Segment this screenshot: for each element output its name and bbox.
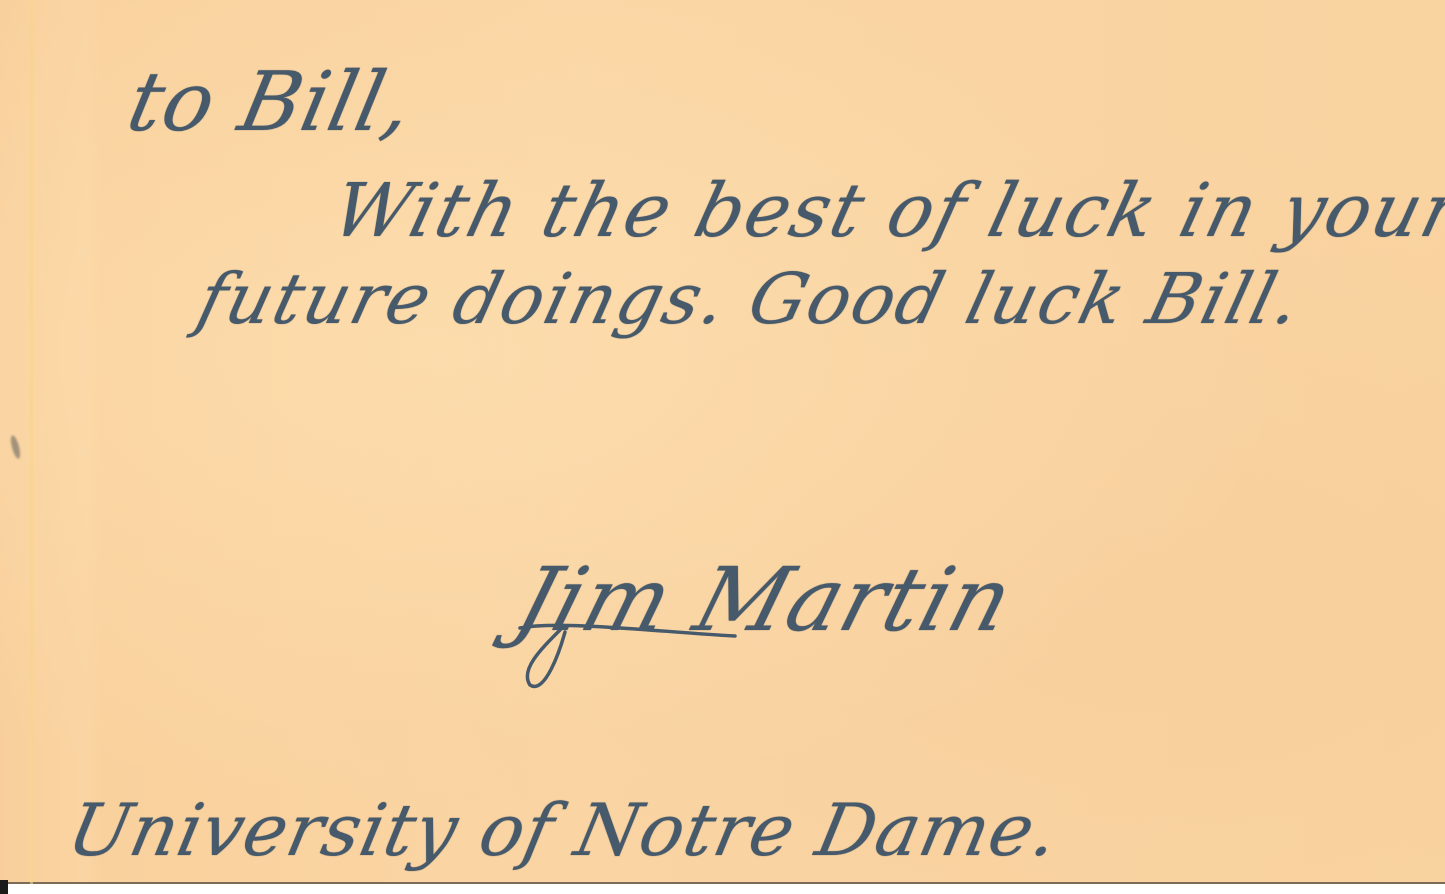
salutation-text: to Bill,	[120, 55, 422, 150]
signature: Jim Martin	[505, 548, 1024, 651]
message-line-1: With the best of luck in your	[324, 168, 1445, 254]
autograph-card: to Bill, With the best of luck in your f…	[0, 0, 1445, 884]
card-crease	[30, 0, 33, 884]
message-line-2: future doings. Good luck Bill.	[190, 258, 1311, 340]
scan-margin	[0, 884, 1445, 894]
affiliation-text: University of Notre Dame.	[61, 788, 1067, 872]
scan-edge-mark	[0, 880, 8, 894]
ink-smudge	[9, 435, 22, 460]
